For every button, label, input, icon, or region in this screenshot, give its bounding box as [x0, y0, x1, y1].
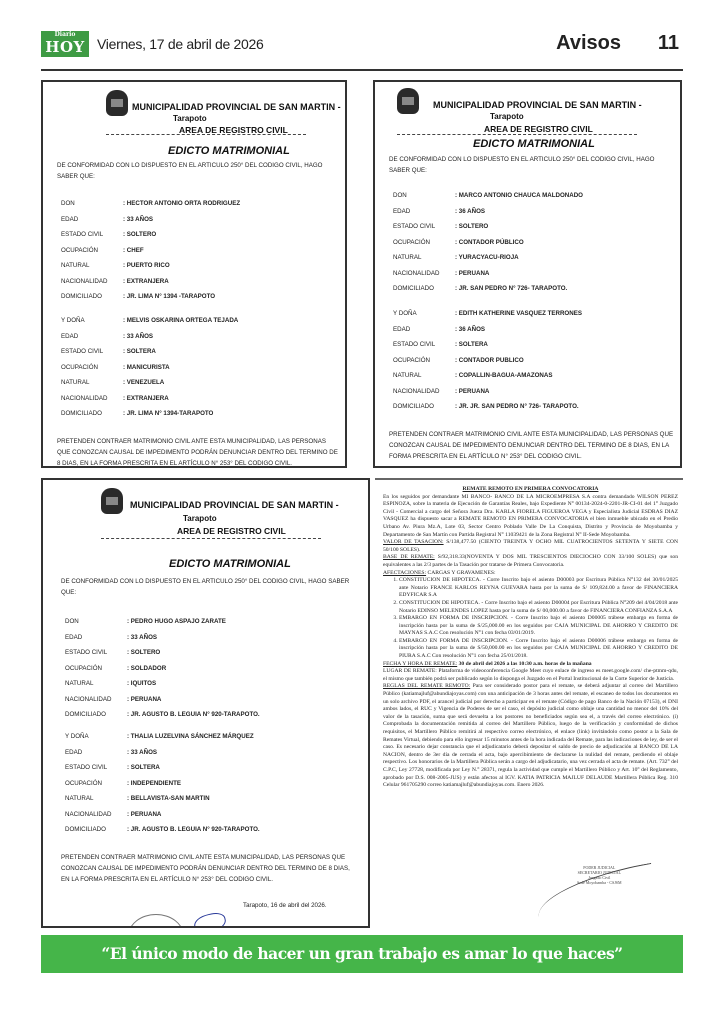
- afectaciones-title: CARGAS Y GRAVAMENES:: [427, 570, 495, 576]
- field-value: : 33 AÑOS: [123, 333, 153, 340]
- field-label: Y DOÑA: [61, 317, 123, 324]
- bride-field-row: ESTADO CIVIL: SOLTERA: [65, 764, 160, 771]
- bride-field-row: NACIONALIDAD: EXTRANJERA: [61, 395, 169, 402]
- tasacion-label: VALOR DE TASACION:: [383, 539, 444, 545]
- field-value: : JR. AGUSTO B. LEGUIA N° 920-TARAPOTO.: [127, 826, 260, 833]
- field-label: EDAD: [65, 634, 127, 641]
- dashed-divider: [397, 134, 637, 135]
- field-value: : VENEZUELA: [123, 379, 164, 386]
- groom-field-row: ESTADO CIVIL: SOLTERO: [65, 649, 160, 656]
- field-value: : 36 AÑOS: [455, 326, 485, 333]
- field-label: OCUPACIÓN: [65, 780, 127, 787]
- field-label: EDAD: [65, 749, 127, 756]
- field-value: : IQUITOS: [127, 680, 156, 687]
- bride-field-row: DOMICILIADO: JR. AGUSTO B. LEGUIA N° 920…: [65, 826, 260, 833]
- groom-field-row: OCUPACIÓN: SOLDADOR: [65, 665, 166, 672]
- city-name: Tarapoto: [183, 514, 217, 523]
- field-value: : PUERTO RICO: [123, 262, 170, 269]
- bride-field-row: ESTADO CIVIL: SOLTERA: [61, 348, 156, 355]
- field-label: ESTADO CIVIL: [61, 348, 123, 355]
- bride-field-row: Y DOÑA: THALIA LUZELVINA SÁNCHEZ MÁRQUEZ: [65, 733, 254, 740]
- remate-tasacion: VALOR DE TASACION: S/138,477.50 (CIENTO …: [383, 539, 678, 554]
- municipal-crest-icon: [106, 90, 128, 116]
- field-value: : PERUANA: [127, 811, 161, 818]
- field-value: : SOLDADOR: [127, 665, 166, 672]
- field-value: : SOLTERO: [455, 223, 488, 230]
- bride-field-row: OCUPACIÓN: MANICURISTA: [61, 364, 170, 371]
- groom-field-row: DON: MARCO ANTONIO CHAUCA MALDONADO: [393, 192, 583, 199]
- field-label: NATURAL: [61, 262, 123, 269]
- groom-field-row: NATURAL: YURACYACU-RIOJA: [393, 254, 519, 261]
- header-rule: [41, 69, 683, 71]
- field-label: DOMICILIADO: [61, 410, 123, 417]
- remate-base: BASE DE REMATE: S/92,318.33(NOVENTA Y DO…: [383, 554, 678, 569]
- field-label: ESTADO CIVIL: [393, 223, 455, 230]
- field-label: OCUPACIÓN: [65, 665, 127, 672]
- field-label: NATURAL: [393, 254, 455, 261]
- field-value: : MELVIS OSKARINA ORTEGA TEJADA: [123, 317, 238, 324]
- field-value: : JR. SAN PEDRO N° 726- TARAPOTO.: [455, 285, 567, 292]
- field-label: Y DOÑA: [65, 733, 127, 740]
- bride-field-row: EDAD: 36 AÑOS: [393, 326, 485, 333]
- bride-field-row: NATURAL: COPALLIN-BAGUA-AMAZONAS: [393, 372, 553, 379]
- field-label: DOMICILIADO: [393, 403, 455, 410]
- place-date: Tarapoto, 16 de abril del 2026.: [243, 902, 327, 909]
- groom-field-row: EDAD: 36 AÑOS: [393, 208, 485, 215]
- field-label: NATURAL: [61, 379, 123, 386]
- edicto-panel-1: MUNICIPALIDAD PROVINCIAL DE SAN MARTIN -…: [41, 80, 347, 468]
- bride-field-row: DOMICILIADO: JR. JR. SAN PEDRO N° 726- T…: [393, 403, 579, 410]
- field-label: NATURAL: [65, 795, 127, 802]
- field-value: : 36 AÑOS: [455, 208, 485, 215]
- bride-field-row: NACIONALIDAD: PERUANA: [393, 388, 489, 395]
- field-value: : EXTRANJERA: [123, 395, 169, 402]
- bride-field-row: OCUPACIÓN: INDEPENDIENTE: [65, 780, 181, 787]
- bride-field-row: NATURAL: BELLAVISTA-SAN MARTIN: [65, 795, 210, 802]
- field-value: : SOLTERA: [123, 348, 156, 355]
- issue-date: Viernes, 17 de abril de 2026: [97, 36, 263, 52]
- field-label: EDAD: [393, 208, 455, 215]
- field-value: : SOLTERA: [127, 764, 160, 771]
- registry-seal-icon: REGISTRO CIVIL: [128, 914, 184, 929]
- field-label: DOMICILIADO: [393, 285, 455, 292]
- field-value: : 33 AÑOS: [127, 634, 157, 641]
- field-value: : COPALLIN-BAGUA-AMAZONAS: [455, 372, 553, 379]
- field-value: : SOLTERA: [455, 341, 488, 348]
- page-header: Diario HOY Viernes, 17 de abril de 2026 …: [41, 28, 683, 70]
- bride-field-row: Y DOÑA: MELVIS OSKARINA ORTEGA TEJADA: [61, 317, 238, 324]
- groom-field-row: ESTADO CIVIL: SOLTERO: [61, 231, 156, 238]
- field-value: : SOLTERO: [127, 649, 160, 656]
- groom-field-row: NATURAL: IQUITOS: [65, 680, 156, 687]
- bride-field-row: NACIONALIDAD: PERUANA: [65, 811, 161, 818]
- area-name: AREA DE REGISTRO CIVIL: [484, 124, 593, 134]
- field-label: OCUPACIÓN: [393, 239, 455, 246]
- edict-closing: PRETENDEN CONTRAER MATRIMONIO CIVIL ANTE…: [389, 429, 674, 462]
- field-label: OCUPACIÓN: [61, 364, 123, 371]
- signature-icon: [188, 912, 248, 929]
- groom-field-row: DON: HECTOR ANTONIO ORTA RODRIGUEZ: [61, 200, 240, 207]
- field-value: : JR. LIMA N° 1394-TARAPOTO: [123, 410, 213, 417]
- bride-field-row: Y DOÑA: EDITH KATHERINE VASQUEZ TERRONES: [393, 310, 582, 317]
- groom-field-row: DON: PEDRO HUGO ASPAJO ZARATE: [65, 618, 226, 625]
- remate-reglas: REGLAS DEL REMATE REMOTO: Para ser consi…: [383, 683, 678, 789]
- reglas-value: Para ser considerado postor para el rema…: [383, 683, 678, 788]
- remate-notice: REMATE REMOTO EN PRIMERA CONVOCATORIA En…: [375, 478, 683, 928]
- field-value: : MANICURISTA: [123, 364, 170, 371]
- field-label: DOMICILIADO: [65, 826, 127, 833]
- field-label: EDAD: [61, 333, 123, 340]
- field-value: : EDITH KATHERINE VASQUEZ TERRONES: [455, 310, 582, 317]
- groom-field-row: NACIONALIDAD: PERUANA: [393, 270, 489, 277]
- field-label: ESTADO CIVIL: [393, 341, 455, 348]
- edict-intro: DE CONFORMIDAD CON LO DISPUESTO EN EL AR…: [61, 576, 351, 598]
- field-value: : JR. LIMA N° 1394 -TARAPOTO: [123, 293, 215, 300]
- field-value: : 33 AÑOS: [123, 216, 153, 223]
- bride-field-row: NATURAL: VENEZUELA: [61, 379, 164, 386]
- afectacion-item: CONSTITUCION DE HIPOTECA. - Corre Inscri…: [399, 577, 678, 600]
- municipal-crest-icon: [397, 88, 419, 114]
- field-value: : PERUANA: [455, 388, 489, 395]
- field-label: Y DOÑA: [393, 310, 455, 317]
- municipality-name: MUNICIPALIDAD PROVINCIAL DE SAN MARTIN -: [132, 102, 341, 112]
- field-value: : BELLAVISTA-SAN MARTIN: [127, 795, 210, 802]
- edict-title: EDICTO MATRIMONIAL: [168, 145, 290, 157]
- field-value: : 33 AÑOS: [127, 749, 157, 756]
- field-value: : YURACYACU-RIOJA: [455, 254, 519, 261]
- edict-intro: DE CONFORMIDAD CON LO DISPUESTO EN EL AR…: [57, 160, 337, 182]
- field-value: : CONTADOR PUBLICO: [455, 357, 524, 364]
- municipal-crest-icon: [101, 488, 123, 514]
- remate-title: REMATE REMOTO EN PRIMERA CONVOCATORIA: [383, 486, 678, 494]
- bride-field-row: EDAD: 33 AÑOS: [65, 749, 157, 756]
- edict-title: EDICTO MATRIMONIAL: [169, 558, 291, 570]
- field-label: ESTADO CIVIL: [65, 764, 127, 771]
- field-label: NACIONALIDAD: [393, 270, 455, 277]
- bride-field-row: EDAD: 33 AÑOS: [61, 333, 153, 340]
- field-label: NACIONALIDAD: [393, 388, 455, 395]
- groom-field-row: DOMICILIADO: JR. LIMA N° 1394 -TARAPOTO: [61, 293, 215, 300]
- bride-field-row: DOMICILIADO: JR. LIMA N° 1394-TARAPOTO: [61, 410, 213, 417]
- page-number: 11: [658, 32, 679, 55]
- field-label: NATURAL: [393, 372, 455, 379]
- remate-afectaciones: AFECTACIONES: CARGAS Y GRAVAMENES:: [383, 570, 678, 578]
- municipality-name: MUNICIPALIDAD PROVINCIAL DE SAN MARTIN -: [433, 100, 642, 110]
- groom-field-row: OCUPACIÓN: CHEF: [61, 247, 144, 254]
- afectaciones-label: AFECTACIONES:: [383, 570, 426, 576]
- remate-intro: En los seguidos por demandante MI BANCO-…: [383, 494, 678, 540]
- edict-closing: PRETENDEN CONTRAER MATRIMONIO CIVIL ANTE…: [61, 852, 351, 885]
- edicto-panel-3: MUNICIPALIDAD PROVINCIAL DE SAN MARTIN -…: [41, 478, 370, 928]
- groom-field-row: DOMICILIADO: JR. AGUSTO B. LEGUIA N° 920…: [65, 711, 260, 718]
- field-label: NACIONALIDAD: [61, 278, 123, 285]
- dashed-divider: [101, 538, 321, 539]
- logo-big-text: HOY: [41, 39, 89, 56]
- groom-field-row: ESTADO CIVIL: SOLTERO: [393, 223, 488, 230]
- field-label: NACIONALIDAD: [65, 696, 127, 703]
- edict-intro: DE CONFORMIDAD CON LO DISPUESTO EN EL AR…: [389, 154, 674, 176]
- field-value: : INDEPENDIENTE: [127, 780, 181, 787]
- field-value: : EXTRANJERA: [123, 278, 169, 285]
- groom-field-row: DOMICILIADO: JR. SAN PEDRO N° 726- TARAP…: [393, 285, 567, 292]
- groom-field-row: EDAD: 33 AÑOS: [65, 634, 157, 641]
- field-value: : JR. JR. SAN PEDRO N° 726- TARAPOTO.: [455, 403, 579, 410]
- municipality-name: MUNICIPALIDAD PROVINCIAL DE SAN MARTIN -: [130, 500, 339, 510]
- groom-field-row: NACIONALIDAD: EXTRANJERA: [61, 278, 169, 285]
- field-value: : HECTOR ANTONIO ORTA RODRIGUEZ: [123, 200, 240, 207]
- field-value: : MARCO ANTONIO CHAUCA MALDONADO: [455, 192, 583, 199]
- field-label: DON: [393, 192, 455, 199]
- field-value: : JR. AGUSTO B. LEGUIA N° 920-TARAPOTO.: [127, 711, 260, 718]
- edict-closing: PRETENDEN CONTRAER MATRIMONIO CIVIL ANTE…: [57, 436, 339, 469]
- lugar-label: LUGAR DE REMATE:: [383, 668, 437, 674]
- field-label: DON: [61, 200, 123, 207]
- remate-signature-text: PODER JUDICIAL SECRETARIO JUDICIAL Juzga…: [577, 865, 622, 885]
- dashed-divider: [106, 134, 306, 135]
- field-label: OCUPACIÓN: [393, 357, 455, 364]
- fecha-label: FECHA Y HORA DE REMATE:: [383, 661, 457, 667]
- area-name: AREA DE REGISTRO CIVIL: [177, 526, 286, 536]
- reglas-label: REGLAS DEL REMATE REMOTO:: [383, 683, 470, 689]
- edicto-panel-2: MUNICIPALIDAD PROVINCIAL DE SAN MARTIN -…: [373, 80, 682, 468]
- field-value: : SOLTERO: [123, 231, 156, 238]
- remate-lugar: LUGAR DE REMATE: Plataforma de videoconf…: [383, 668, 678, 683]
- base-label: BASE DE REMATE:: [383, 554, 435, 560]
- field-label: NACIONALIDAD: [65, 811, 127, 818]
- field-label: NATURAL: [65, 680, 127, 687]
- field-label: DOMICILIADO: [65, 711, 127, 718]
- remate-signature: PODER JUDICIAL SECRETARIO JUDICIAL Juzga…: [535, 865, 655, 915]
- remate-body: REMATE REMOTO EN PRIMERA CONVOCATORIA En…: [383, 486, 678, 790]
- edict-title: EDICTO MATRIMONIAL: [473, 138, 595, 150]
- field-label: OCUPACIÓN: [61, 247, 123, 254]
- groom-field-row: EDAD: 33 AÑOS: [61, 216, 153, 223]
- field-value: : CHEF: [123, 247, 144, 254]
- city-name: Tarapoto: [490, 112, 524, 121]
- bride-field-row: ESTADO CIVIL: SOLTERA: [393, 341, 488, 348]
- field-value: : PEDRO HUGO ASPAJO ZARATE: [127, 618, 226, 625]
- field-label: NACIONALIDAD: [61, 395, 123, 402]
- groom-field-row: NACIONALIDAD: PERUANA: [65, 696, 161, 703]
- afectacion-item: EMBARGO EN FORMA DE INSCRIPCION. - Corre…: [399, 638, 678, 661]
- field-label: EDAD: [393, 326, 455, 333]
- field-value: : CONTADOR PÚBLICO: [455, 239, 524, 246]
- field-value: : PERUANA: [127, 696, 161, 703]
- field-label: DON: [65, 618, 127, 625]
- field-label: ESTADO CIVIL: [61, 231, 123, 238]
- section-title: Avisos: [556, 32, 621, 55]
- afectacion-item: CONSTITUCION DE HIPOTECA. - Corre Inscri…: [399, 600, 678, 615]
- city-name: Tarapoto: [173, 114, 207, 123]
- field-label: ESTADO CIVIL: [65, 649, 127, 656]
- groom-field-row: NATURAL: PUERTO RICO: [61, 262, 170, 269]
- field-label: EDAD: [61, 216, 123, 223]
- field-value: : PERUANA: [455, 270, 489, 277]
- fecha-value: 30 de abril del 2026 a las 10:30 a.m. ho…: [459, 661, 592, 667]
- groom-field-row: OCUPACIÓN: CONTADOR PÚBLICO: [393, 239, 524, 246]
- field-value: : THALIA LUZELVINA SÁNCHEZ MÁRQUEZ: [127, 733, 254, 740]
- bride-field-row: OCUPACIÓN: CONTADOR PUBLICO: [393, 357, 524, 364]
- afectacion-item: EMBARGO EN FORMA DE INSCRIPCION. - Corre…: [399, 615, 678, 638]
- quote-banner: “El único modo de hacer un gran trabajo …: [41, 935, 683, 973]
- afectaciones-list: CONSTITUCION DE HIPOTECA. - Corre Inscri…: [383, 577, 678, 661]
- field-label: DOMICILIADO: [61, 293, 123, 300]
- newspaper-logo: Diario HOY: [41, 31, 89, 57]
